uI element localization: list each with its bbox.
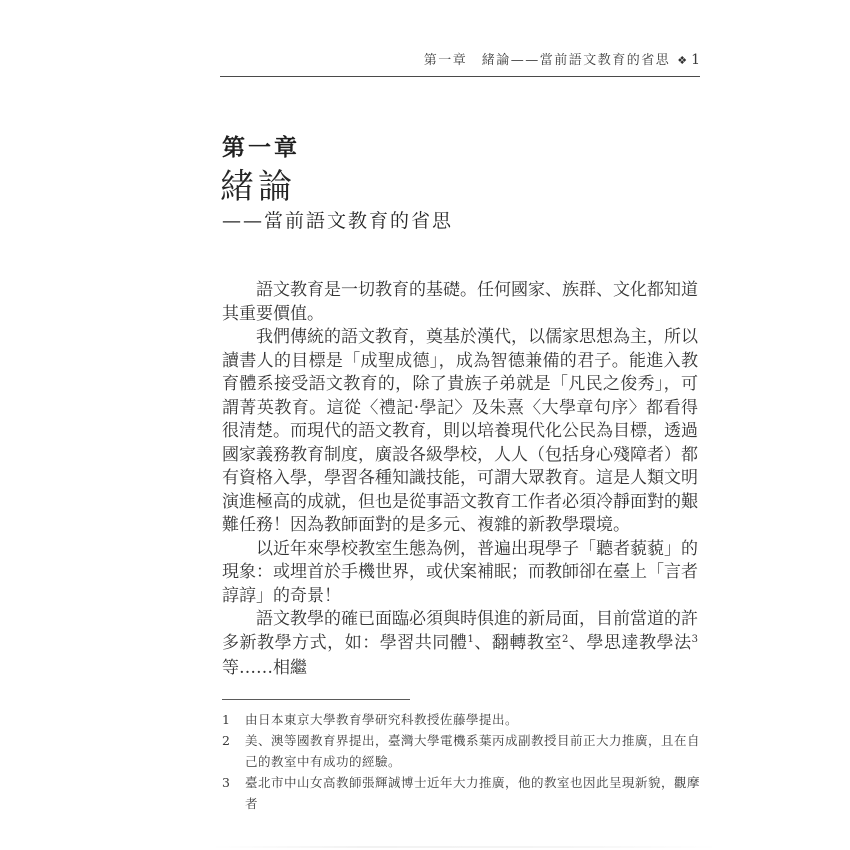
paragraph: 以近年來學校教室生態為例，普遍出現學子「聽者藐藐」的現象：或埋首於手機世界，或伏…	[222, 538, 698, 609]
paragraph: 語文教學的確已面臨必須與時俱進的新局面，目前當道的許多新教學方式，如：學習共同體…	[222, 608, 698, 681]
paragraph-segment: 、學思達教學法	[568, 633, 691, 653]
footnote-marker: 3	[222, 772, 245, 793]
page-number: 1	[691, 52, 700, 68]
footnote-item: 2 美、澳等國教育界提出，臺灣大學電機系葉丙成副教授目前正大力推廣，且在自己的教…	[222, 730, 700, 772]
body-text: 語文教育是一切教育的基礎。任何國家、族群、文化都知道其重要價值。 我們傳統的語文…	[222, 279, 698, 681]
paragraph: 我們傳統的語文教育，奠基於漢代，以儒家思想為主，所以讀書人的目標是「成聖成德」，…	[222, 326, 698, 538]
paragraph-segment: 等……相繼	[222, 658, 307, 678]
footnote-marker: 1	[222, 709, 245, 730]
footnote-item: 3 臺北市中山女高教師張輝誠博士近年大力推廣，他的教室也因此呈現新貌，觀摩者	[222, 772, 700, 814]
footnote-item: 1 由日本東京大學教育學研究科教授佐藤學提出。	[222, 709, 700, 730]
paragraph-segment: 、翻轉教室	[474, 633, 562, 653]
diamond-ornament-icon: ❖	[677, 54, 687, 67]
header-rule	[220, 76, 700, 77]
footnotes: 1 由日本東京大學教育學研究科教授佐藤學提出。 2 美、澳等國教育界提出，臺灣大…	[222, 709, 700, 814]
footnote-text: 由日本東京大學教育學研究科教授佐藤學提出。	[245, 709, 700, 730]
running-header: 第一章 緒論——當前語文教育的省思❖1	[220, 49, 700, 68]
page-edge-shadow	[210, 846, 720, 848]
footnote-text: 美、澳等國教育界提出，臺灣大學電機系葉丙成副教授目前正大力推廣，且在自己的教室中…	[245, 730, 700, 772]
chapter-number: 第一章	[222, 129, 300, 162]
chapter-subtitle: ——當前語文教育的省思	[222, 206, 453, 233]
footnote-marker: 2	[222, 730, 245, 751]
footnote-separator-rule	[222, 699, 410, 700]
paragraph: 語文教育是一切教育的基礎。任何國家、族群、文化都知道其重要價值。	[222, 279, 698, 326]
footnote-ref-1: 1	[467, 634, 473, 645]
running-header-title: 第一章 緒論——當前語文教育的省思	[424, 53, 671, 68]
footnote-text: 臺北市中山女高教師張輝誠博士近年大力推廣，他的教室也因此呈現新貌，觀摩者	[245, 772, 700, 814]
chapter-title: 緒論	[220, 159, 296, 208]
footnote-ref-3: 3	[692, 634, 698, 645]
book-page: 第一章 緒論——當前語文教育的省思❖1 第一章 緒論 ——當前語文教育的省思 語…	[0, 0, 850, 850]
footnote-ref-2: 2	[562, 634, 568, 645]
